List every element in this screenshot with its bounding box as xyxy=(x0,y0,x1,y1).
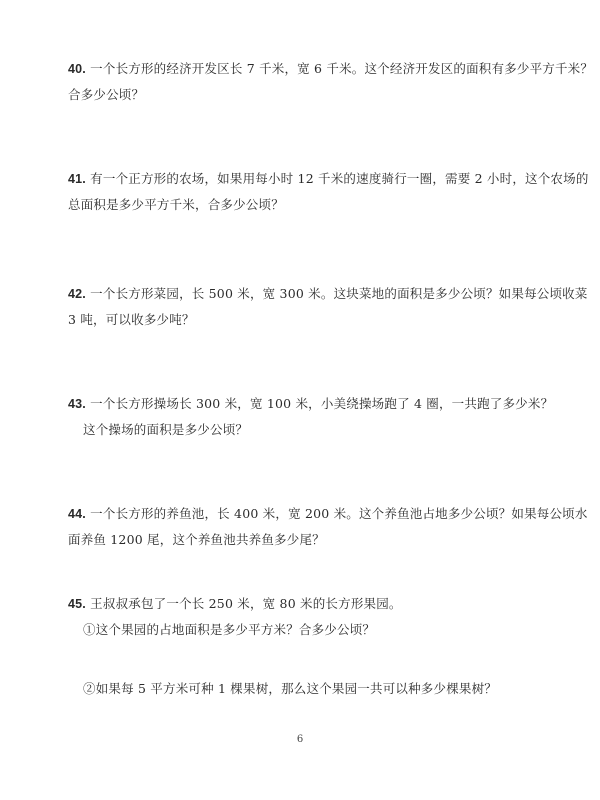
question-41: 41. 有一个正方形的农场，如果用每小时 12 千米的速度骑行一圈，需要 2 小… xyxy=(68,166,538,217)
question-42: 42. 一个长方形菜园，长 500 米，宽 300 米。这块菜地的面积是多少公顷… xyxy=(68,281,538,332)
question-43: 43. 一个长方形操场长 300 米，宽 100 米，小美绕操场跑了 4 圈，一… xyxy=(68,391,538,442)
question-45: 45. 王叔叔承包了一个长 250 米，宽 80 米的长方形果园。 ①这个果园的… xyxy=(68,591,538,642)
question-40: 40. 一个长方形的经济开发区长 7 千米，宽 6 千米。这个经济开发区的面积有… xyxy=(68,56,538,107)
question-44-line-2: 面养鱼 1200 尾，这个养鱼池共养鱼多少尾？ xyxy=(68,527,538,552)
question-43-line-1: 43. 一个长方形操场长 300 米，宽 100 米，小美绕操场跑了 4 圈，一… xyxy=(68,391,538,417)
question-44: 44. 一个长方形的养鱼池，长 400 米，宽 200 米。这个养鱼池占地多少公… xyxy=(68,501,538,552)
question-45-line-1: 45. 王叔叔承包了一个长 250 米，宽 80 米的长方形果园。 xyxy=(68,591,538,617)
question-41-line-1: 41. 有一个正方形的农场，如果用每小时 12 千米的速度骑行一圈，需要 2 小… xyxy=(68,166,538,192)
question-40-line-1: 40. 一个长方形的经济开发区长 7 千米，宽 6 千米。这个经济开发区的面积有… xyxy=(68,56,538,82)
question-40-line-2: 合多少公顷？ xyxy=(68,82,538,107)
question-44-line-1: 44. 一个长方形的养鱼池，长 400 米，宽 200 米。这个养鱼池占地多少公… xyxy=(68,501,538,527)
page-number: 6 xyxy=(0,734,600,745)
question-42-line-2: 3 吨，可以收多少吨？ xyxy=(68,307,538,332)
question-45-part-2: ②如果每 5 平方米可种 1 棵果树，那么这个果园一共可以种多少棵果树？ xyxy=(68,676,538,701)
question-42-line-1: 42. 一个长方形菜园，长 500 米，宽 300 米。这块菜地的面积是多少公顷… xyxy=(68,281,538,307)
question-41-line-2: 总面积是多少平方千米，合多少公顷？ xyxy=(68,192,538,217)
question-45-sub-2: ②如果每 5 平方米可种 1 棵果树，那么这个果园一共可以种多少棵果树？ xyxy=(68,676,538,701)
question-43-line-2: 这个操场的面积是多少公顷？ xyxy=(68,417,538,442)
question-45-sub-1: ①这个果园的占地面积是多少平方米？合多少公顷？ xyxy=(68,617,538,642)
